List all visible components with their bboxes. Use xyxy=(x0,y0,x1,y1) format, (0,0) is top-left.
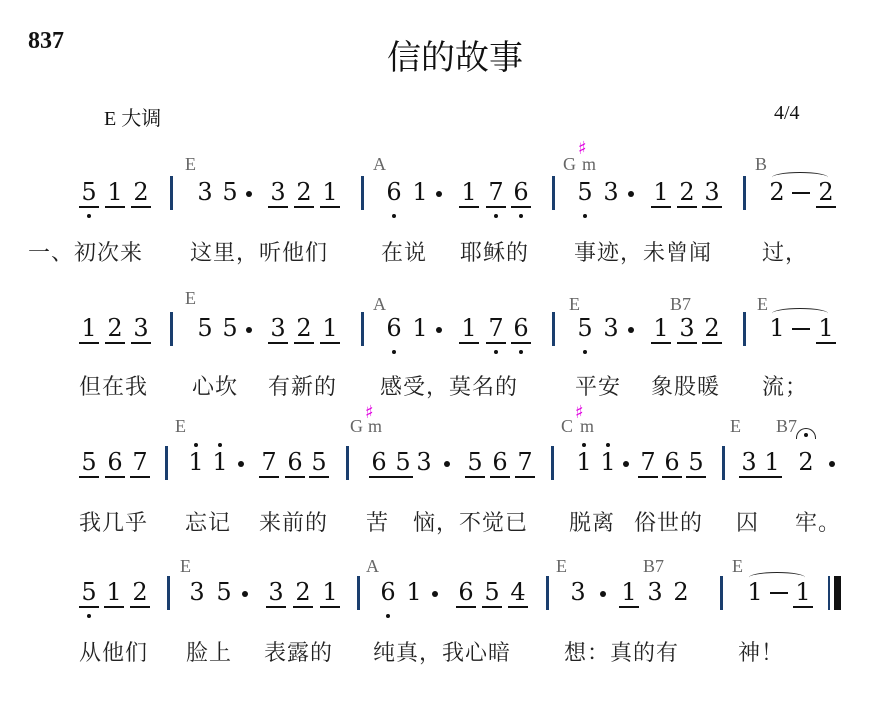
lyric: 苦 xyxy=(366,506,389,537)
note: 5 xyxy=(79,178,99,208)
note: 1 xyxy=(651,314,671,344)
lyric: 平安 xyxy=(575,370,621,401)
bar-line xyxy=(551,446,554,480)
lyric: 流； xyxy=(762,370,808,401)
lyric: 在说 xyxy=(381,236,427,267)
note: 2 xyxy=(671,578,691,606)
note: 1 xyxy=(410,178,430,206)
note: 1 xyxy=(404,578,424,606)
lyric: 有新的 xyxy=(268,370,337,401)
note: 6 xyxy=(662,448,682,478)
note: 2 xyxy=(767,178,787,206)
system-1: E A G ♯ m B 5 1 2 3 5 3 2 1 6 1 1 7 6 5 … xyxy=(0,150,884,270)
note: 7 xyxy=(638,448,658,478)
note: 4 xyxy=(508,578,528,608)
lyric: 牢。 xyxy=(795,506,841,537)
lyric: 恼，不觉已 xyxy=(413,506,528,537)
augmentation-dot xyxy=(436,191,442,197)
note: 7 xyxy=(515,448,535,478)
final-barline-thick xyxy=(834,576,841,610)
note: 1 xyxy=(79,314,99,344)
lyric: 从他们 xyxy=(79,636,148,667)
chord: A xyxy=(373,294,386,315)
note: 6 xyxy=(511,178,531,208)
bar-line xyxy=(552,176,555,210)
note: 3 xyxy=(601,178,621,206)
lyric: 表露的 xyxy=(264,636,333,667)
lyric: 事迹，未曾闻 xyxy=(574,236,712,267)
note: 5 xyxy=(482,578,502,608)
lyric: 过， xyxy=(762,236,808,267)
note: 5 xyxy=(220,178,240,206)
note: 6 xyxy=(378,578,398,606)
augmentation-dot xyxy=(436,327,442,333)
lyric: 神！ xyxy=(738,636,784,667)
note: 5 xyxy=(220,314,240,342)
note: 1 xyxy=(793,578,813,608)
note: 1 xyxy=(105,178,125,208)
note: 6 xyxy=(511,314,531,344)
beam xyxy=(739,476,782,478)
chord: m xyxy=(582,154,596,175)
note: 3 xyxy=(645,578,665,606)
lyric: 但在我 xyxy=(79,370,148,401)
note: 5 xyxy=(79,578,99,608)
song-title: 信的故事 xyxy=(0,30,884,79)
chord: E xyxy=(185,288,196,309)
bar-line xyxy=(167,576,170,610)
note: 6 xyxy=(490,448,510,478)
note: 6 xyxy=(369,448,389,476)
note: 3 xyxy=(131,314,151,344)
note: 6 xyxy=(384,314,404,342)
note: 6 xyxy=(105,448,125,478)
augmentation-dot xyxy=(242,591,248,597)
note: 5 xyxy=(686,448,706,478)
lyric: 想：真的有 xyxy=(564,636,679,667)
note: 3 xyxy=(268,178,288,208)
note: 3 xyxy=(266,578,286,608)
beam xyxy=(369,476,413,478)
bar-line xyxy=(552,312,555,346)
system-2: E A E B7 E 1 2 3 5 5 3 2 1 6 1 1 7 6 5 3… xyxy=(0,286,884,406)
fermata-icon xyxy=(796,428,816,439)
system-4: E A E B7 E 5 1 2 3 5 3 2 1 6 1 6 5 4 3 1… xyxy=(0,552,884,672)
lyric: 一、初次来 xyxy=(28,236,143,267)
note: 1 xyxy=(762,448,782,476)
note: 1 xyxy=(816,314,836,344)
augmentation-dot xyxy=(600,591,606,597)
note: 2 xyxy=(130,578,150,608)
note: 5 xyxy=(195,314,215,342)
note: 6 xyxy=(384,178,404,206)
note: 1 xyxy=(745,578,765,606)
note: 2 xyxy=(677,178,697,208)
bar-line xyxy=(720,576,723,610)
lyric: 脱离 xyxy=(569,506,615,537)
bar-line xyxy=(743,312,746,346)
chord: E xyxy=(185,154,196,175)
note: 3 xyxy=(414,448,434,476)
time-signature: 4/4 xyxy=(774,102,800,125)
note: 2 xyxy=(293,578,313,608)
note: 1 xyxy=(320,178,340,208)
note: 1 xyxy=(320,578,340,608)
bar-line xyxy=(743,176,746,210)
note: 2 xyxy=(816,178,836,208)
note: 1 xyxy=(767,314,787,342)
lyric: 耶稣的 xyxy=(460,236,529,267)
bar-line xyxy=(546,576,549,610)
note: 1 xyxy=(574,448,594,476)
note: 5 xyxy=(575,314,595,342)
lyric: 囚 xyxy=(736,506,759,537)
note: 5 xyxy=(393,448,413,476)
bar-line xyxy=(165,446,168,480)
chord: A xyxy=(373,154,386,175)
note: 2 xyxy=(105,314,125,344)
note: 2 xyxy=(702,314,722,344)
note: 3 xyxy=(677,314,697,344)
augmentation-dot xyxy=(444,461,450,467)
note: 5 xyxy=(575,178,595,206)
augmentation-dot xyxy=(246,191,252,197)
lyric: 象股暖 xyxy=(651,370,720,401)
note: 2 xyxy=(131,178,151,208)
chord: B7 xyxy=(670,294,691,315)
chord: E xyxy=(175,416,186,437)
note: 1 xyxy=(651,178,671,208)
note: 5 xyxy=(79,448,99,478)
note: 6 xyxy=(456,578,476,608)
note: 5 xyxy=(465,448,485,478)
note: 1 xyxy=(320,314,340,344)
lyric: 这里，听他们 xyxy=(190,236,328,267)
note: 1 xyxy=(598,448,618,476)
note: 1 xyxy=(210,448,230,476)
chord: G xyxy=(563,154,576,175)
bar-line xyxy=(357,576,360,610)
lyric: 感受，莫名的 xyxy=(380,370,518,401)
note: 3 xyxy=(268,314,288,344)
augmentation-dot xyxy=(628,327,634,333)
note: 7 xyxy=(486,178,506,208)
note: 7 xyxy=(259,448,279,478)
bar-line xyxy=(361,312,364,346)
augmentation-dot xyxy=(623,461,629,467)
chord: E xyxy=(732,556,743,577)
augmentation-dot xyxy=(628,191,634,197)
chord: E xyxy=(180,556,191,577)
chord: B7 xyxy=(776,416,797,437)
dash xyxy=(792,328,810,330)
chord: E xyxy=(569,294,580,315)
note: 3 xyxy=(195,178,215,206)
lyric: 俗世的 xyxy=(634,506,703,537)
final-barline-thin xyxy=(828,576,830,610)
chord: m xyxy=(368,416,382,437)
chord: B xyxy=(755,154,767,175)
chord: E xyxy=(757,294,768,315)
augmentation-dot xyxy=(238,461,244,467)
note: 7 xyxy=(486,314,506,344)
augmentation-dot xyxy=(246,327,252,333)
dash xyxy=(792,192,810,194)
note: 3 xyxy=(702,178,722,208)
chord: G xyxy=(350,416,363,437)
chord: A xyxy=(366,556,379,577)
bar-line xyxy=(170,312,173,346)
note: 1 xyxy=(459,314,479,344)
note: 3 xyxy=(568,578,588,606)
note: 1 xyxy=(186,448,206,476)
chord: B7 xyxy=(643,556,664,577)
bar-line xyxy=(346,446,349,480)
chord: E xyxy=(556,556,567,577)
note: 6 xyxy=(285,448,305,478)
note: 3 xyxy=(187,578,207,606)
augmentation-dot xyxy=(432,591,438,597)
note: 2 xyxy=(796,448,816,476)
bar-line xyxy=(170,176,173,210)
note: 1 xyxy=(619,578,639,608)
bar-line xyxy=(722,446,725,480)
note: 2 xyxy=(294,178,314,208)
lyric: 纯真，我心暗 xyxy=(373,636,511,667)
lyric: 忘记 xyxy=(185,506,231,537)
note: 3 xyxy=(739,448,759,476)
augmentation-dot xyxy=(829,461,835,467)
note: 7 xyxy=(130,448,150,478)
note: 3 xyxy=(601,314,621,342)
chord: C xyxy=(561,416,573,437)
chord: m xyxy=(580,416,594,437)
note: 1 xyxy=(459,178,479,208)
note: 5 xyxy=(214,578,234,606)
lyric: 我几乎 xyxy=(79,506,148,537)
note: 1 xyxy=(104,578,124,608)
system-3: E G ♯ m C ♯ m E B7 5 6 7 1 1 7 6 5 6 5 3… xyxy=(0,420,884,540)
note: 2 xyxy=(294,314,314,344)
lyric: 心坎 xyxy=(192,370,238,401)
lyric: 来前的 xyxy=(259,506,328,537)
bar-line xyxy=(361,176,364,210)
dash xyxy=(770,592,788,594)
key-signature: E 大调 xyxy=(104,102,161,131)
lyric: 脸上 xyxy=(186,636,232,667)
chord: E xyxy=(730,416,741,437)
note: 5 xyxy=(309,448,329,478)
note: 1 xyxy=(410,314,430,342)
